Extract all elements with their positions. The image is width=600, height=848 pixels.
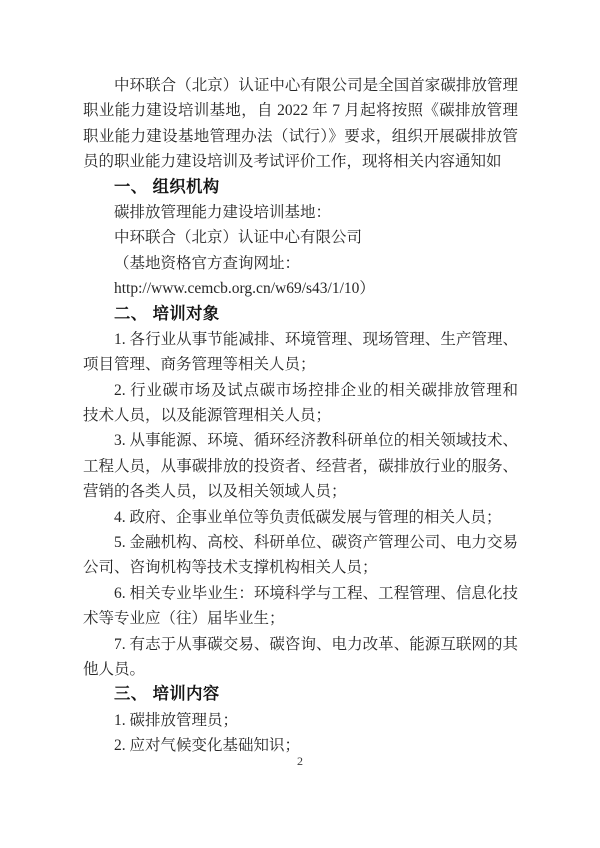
item-7-line-2: 他人员。: [83, 657, 518, 682]
item-3-line-2: 工程人员，从事碳排放的投资者、经营者，碳排放行业的服务、: [83, 454, 518, 479]
query-url-label-line: （基地资格官方查询网址：: [83, 251, 518, 276]
organization-name-line: 中环联合（北京）认证中心有限公司: [83, 225, 518, 250]
query-url-line: http://www.cemcb.org.cn/w69/s43/1/10）: [83, 276, 518, 301]
item-2-line-2: 技术人员，以及能源管理相关人员；: [83, 403, 518, 428]
item-1-line-1: 1. 各行业从事节能减排、环境管理、现场管理、生产管理、: [83, 327, 518, 352]
intro-line-2: 职业能力建设培训基地，自 2022 年 7 月起将按照《碳排放管理员: [83, 98, 518, 123]
intro-line-4: 员的职业能力建设培训及考试评价工作，现将相关内容通知如下：: [83, 149, 518, 174]
item-1-line-2: 项目管理、商务管理等相关人员；: [83, 352, 518, 377]
item-6-line-2: 术等专业应（往）届毕业生；: [83, 606, 518, 631]
training-base-label-line: 碳排放管理能力建设培训基地：: [83, 200, 518, 225]
section-1-heading: 一、 组织机构: [83, 175, 518, 200]
item-5-line-2: 公司、咨询机构等技术支撑机构相关人员；: [83, 555, 518, 580]
document-body: 中环联合（北京）认证中心有限公司是全国首家碳排放管理员 职业能力建设培训基地，自…: [0, 0, 600, 759]
item-3-line-1: 3. 从事能源、环境、循环经济教科研单位的相关领域技术、: [83, 428, 518, 453]
item-2-line-1: 2. 行业碳市场及试点碳市场控排企业的相关碳排放管理和: [83, 378, 518, 403]
section-3-heading: 三、 培训内容: [83, 682, 518, 707]
intro-line-1: 中环联合（北京）认证中心有限公司是全国首家碳排放管理员: [83, 73, 518, 98]
page-number: 2: [0, 754, 600, 769]
item-5-line-1: 5. 金融机构、高校、科研单位、碳资产管理公司、电力交易: [83, 530, 518, 555]
content-item-1-line: 1. 碳排放管理员；: [83, 708, 518, 733]
item-6-line-1: 6. 相关专业毕业生：环境科学与工程、工程管理、信息化技: [83, 581, 518, 606]
intro-line-3: 职业能力建设基地管理办法（试行）》要求，组织开展碳排放管理: [83, 124, 518, 149]
item-4-line-1: 4. 政府、企事业单位等负责低碳发展与管理的相关人员；: [83, 505, 518, 530]
document-page: 中环联合（北京）认证中心有限公司是全国首家碳排放管理员 职业能力建设培训基地，自…: [0, 0, 600, 848]
item-3-line-3: 营销的各类人员，以及相关领域人员；: [83, 479, 518, 504]
item-7-line-1: 7. 有志于从事碳交易、碳咨询、电力改革、能源互联网的其: [83, 632, 518, 657]
section-2-heading: 二、 培训对象: [83, 302, 518, 327]
